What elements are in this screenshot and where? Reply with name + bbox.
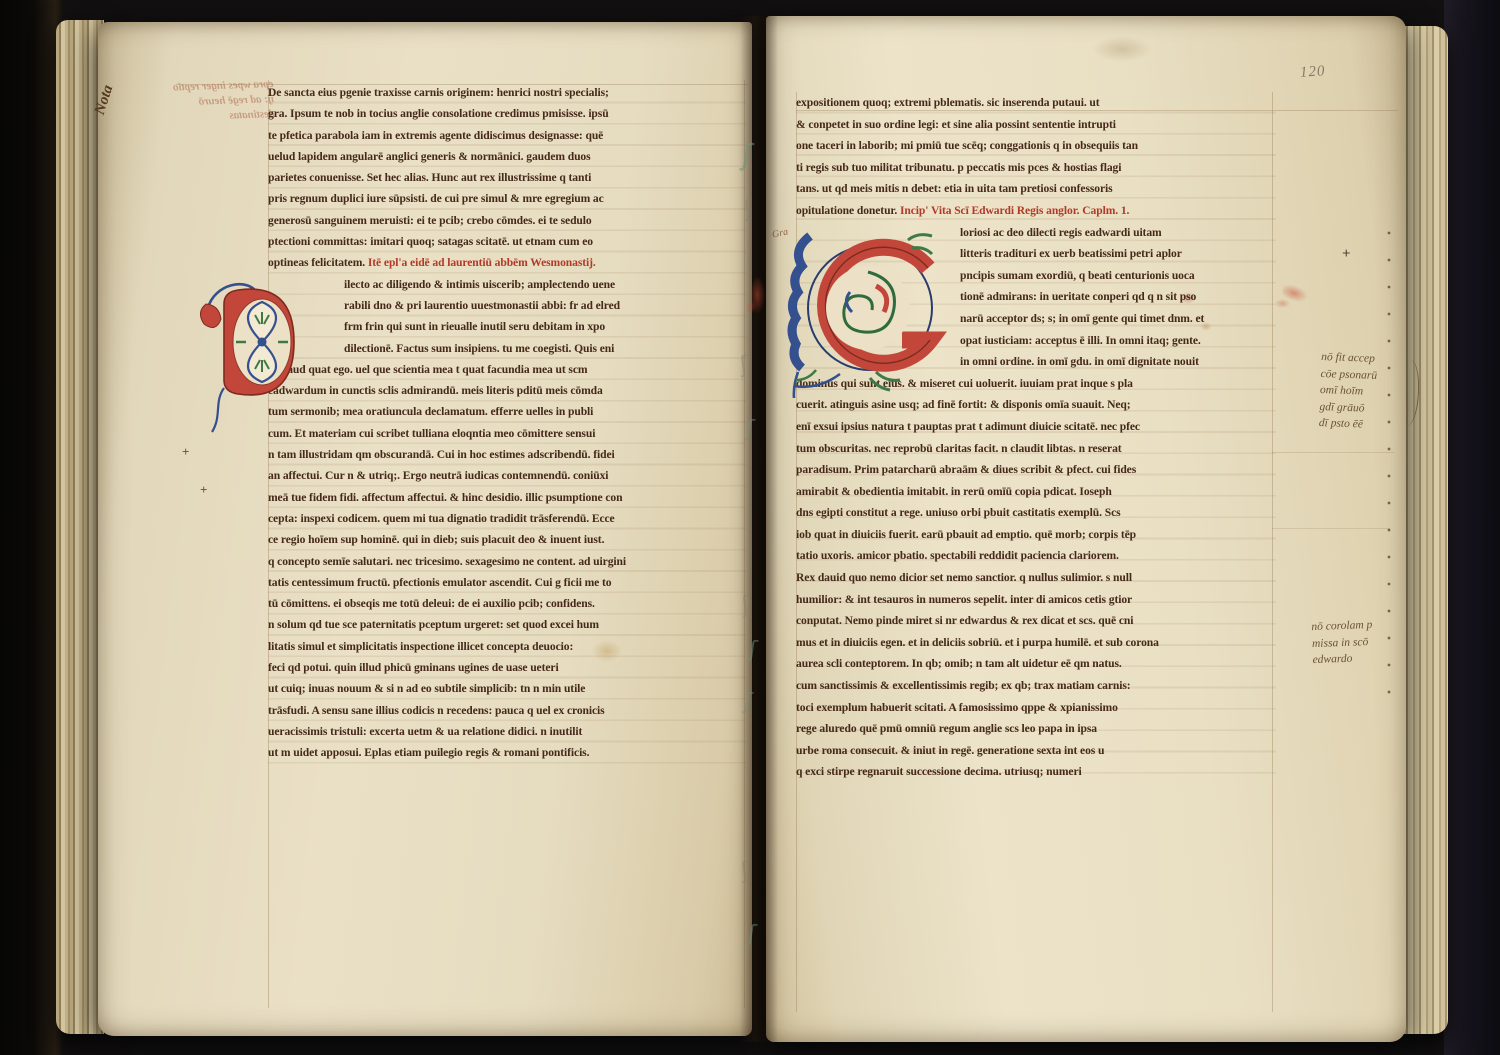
text-run: opitulatione donetur. xyxy=(796,204,900,217)
text-line: rabili dno & pri laurentio uuestmonastii… xyxy=(344,295,746,316)
text-line: rege aluredo quē pmū omniū regum anglie … xyxy=(796,718,1276,740)
margin-note-line: missa in scō xyxy=(1312,633,1373,652)
margin-note-line: edwardo xyxy=(1312,650,1373,669)
text-line: dns egipti constitut a rege. uniuso orbi… xyxy=(796,502,1276,524)
text-line: enī exsui ipsius natura t pauptas prat t… xyxy=(796,416,1276,438)
left-paragraph-2-body: ego aud quat ego. uel que scientia mea t… xyxy=(268,359,746,764)
text-line: opat iusticiam: acceptus ē illi. In omni… xyxy=(960,330,1276,352)
text-line-with-rubric: opitulatione donetur. Incip' Vita Scī Ed… xyxy=(796,200,1276,222)
text-line: urbe roma consecuit. & iniut in regē. ge… xyxy=(796,740,1276,762)
text-line: te pfetica parabola iam in extremis agen… xyxy=(268,125,746,146)
text-line: narū acceptor ds; s; in omī gente qui ti… xyxy=(960,308,1276,330)
text-line: cum. Et materiam cui scribet tulliana el… xyxy=(268,423,746,444)
text-line: ilecto ac diligendo & intimis uiscerib; … xyxy=(344,274,746,295)
left-paragraph-2-indented: ilecto ac diligendo & intimis uiscerib; … xyxy=(268,274,746,359)
text-line: aurea scli conteptorem. In qb; omib; n t… xyxy=(796,653,1276,675)
text-line: ut cuiq; inuas nouum & si n ad eo subtil… xyxy=(268,678,746,699)
page-edges-right xyxy=(1402,26,1448,1034)
margin-note-lower: nō corolam pmissa in scōedwardo xyxy=(1311,617,1374,669)
page-edges-left xyxy=(56,20,104,1034)
text-line: generosū sanguinem meruisti: ei te pcib;… xyxy=(268,210,746,231)
text-line: tum obscuritas. nec reprobū claritas fac… xyxy=(796,438,1276,460)
text-line: feci qd potui. quin illud phicū gminans … xyxy=(268,657,746,678)
text-line: tionē admirans: in ueritate conperi qd q… xyxy=(960,286,1276,308)
text-line: toci exemplum habuerit scitati. A famosi… xyxy=(796,697,1276,719)
text-line-with-rubric: optineas felicitatem. Itē epl'a eidē ad … xyxy=(268,252,746,273)
text-line: ti regis sub tuo militat tribunatu. p pe… xyxy=(796,157,1276,179)
margin-note-line: dī psto ēē xyxy=(1319,415,1376,433)
left-text-block: De sancta eius pgenie traxisse carnis or… xyxy=(268,82,746,764)
text-line: & conpetet in suo ordine legi: et sine a… xyxy=(796,114,1276,136)
ruling-line xyxy=(1272,528,1390,529)
ghost-text: epra wpes inger reptioij: ad regē heurōd… xyxy=(103,77,274,128)
text-line: ego aud quat ego. uel que scientia mea t… xyxy=(268,359,746,380)
ink-smudge xyxy=(1276,299,1290,308)
plus-mark: + xyxy=(1342,246,1351,263)
plus-mark: + xyxy=(200,482,207,498)
text-line: an affectui. Cur n & utriq;. Ergo neutrā… xyxy=(268,465,746,486)
margin-note-line: omī hoīm xyxy=(1320,382,1377,400)
text-line: ueracissimis tristuli: excerta uetm & ua… xyxy=(268,721,746,742)
text-line: cum sanctissimis & excellentissimis regi… xyxy=(796,675,1276,697)
margin-note-line: gdī grāuō xyxy=(1319,399,1376,417)
text-line: expositionem quoq; extremi pblematis. si… xyxy=(796,92,1276,114)
text-line: tum sermonib; mea oratiuncula declamatum… xyxy=(268,401,746,422)
margin-note-line: nō fit accep xyxy=(1321,349,1378,367)
right-paragraph-1: expositionem quoq; extremi pblematis. si… xyxy=(796,92,1276,200)
text-line: trāsfudi. A sensu sane illius codicis n … xyxy=(268,700,746,721)
manuscript-photograph: { "manuscript": { "description": "Mediev… xyxy=(0,0,1500,1055)
text-line: q exci stirpe regnaruit successione deci… xyxy=(796,761,1276,783)
text-line: ut m uidet apposui. Eplas etiam puilegio… xyxy=(268,742,746,763)
text-line: gra. Ipsum te nob in tocius anglie conso… xyxy=(268,103,746,124)
red-ink-splash xyxy=(747,300,756,314)
ruling-line xyxy=(1272,452,1394,453)
text-line: litatis simul et simplicitatis inspectio… xyxy=(268,636,746,657)
text-line: ptectioni committas: imitari quoq; satag… xyxy=(268,231,746,252)
left-paragraph-2: ilecto ac diligendo & intimis uiscerib; … xyxy=(268,274,746,764)
prick-marks xyxy=(1387,230,1392,712)
text-line: pris regnum duplici iure sūpsisti. de cu… xyxy=(268,188,746,209)
margin-note-line: cōe psonarū xyxy=(1320,366,1377,384)
text-line: pncipis sumam exordiū, q beati centurion… xyxy=(960,265,1276,287)
text-line: parietes conuenisse. Set hec alias. Hunc… xyxy=(268,167,746,188)
text-line: conputat. Nemo pinde miret si nr edwardu… xyxy=(796,610,1276,632)
illuminated-initial-G xyxy=(780,222,950,398)
text-line: litteris tradituri ex uerb beatissimi pe… xyxy=(960,243,1276,265)
text-line: tans. ut qd meis mitis n debet: etia in … xyxy=(796,178,1276,200)
book-cover-right xyxy=(1444,0,1500,1055)
text-line: paradisum. Prim patarcharū abraām & diue… xyxy=(796,459,1276,481)
text-line: De sancta eius pgenie traxisse carnis or… xyxy=(268,82,746,103)
plus-mark: + xyxy=(182,444,189,460)
left-paragraph-1: De sancta eius pgenie traxisse carnis or… xyxy=(268,82,746,252)
text-line: tatio uxoris. amicor pbatio. spectabili … xyxy=(796,545,1276,567)
text-line: cepta: inspexi codicem. quem mi tua dign… xyxy=(268,508,746,529)
left-page: epra wpes inger reptioij: ad regē heurōd… xyxy=(98,22,752,1036)
text-line: tū cōmittens. ei obseqis me totū deleui:… xyxy=(268,593,746,614)
right-paragraph-2-body: dominus qui sunt eius. & miseret cui uol… xyxy=(796,373,1276,783)
text-line: loriosi ac deo dilecti regis eadwardi ui… xyxy=(960,222,1276,244)
text-line: amirabit & obedientia imitabit. in rerū … xyxy=(796,481,1276,503)
rubric-text: Incip' Vita Scī Edwardi Regis anglor. Ca… xyxy=(900,204,1129,217)
text-line: q concepto semīe salutari. nec tricesimo… xyxy=(268,551,746,572)
folio-number: 120 xyxy=(1299,63,1326,82)
right-text-block: expositionem quoq; extremi pblematis. si… xyxy=(796,92,1276,783)
text-line: dilectionē. Factus sum insipiens. tu me … xyxy=(344,338,746,359)
text-line: Rex dauid quo nemo dicior set nemo sanct… xyxy=(796,567,1276,589)
text-line: ce regio hoīem sup hominē. qui in dieb; … xyxy=(268,529,746,550)
text-line: tatis centessimum fructū. pfectionis emu… xyxy=(268,572,746,593)
text-line: n tam illustridam qm obscurandā. Cui in … xyxy=(268,444,746,465)
text-line: frm frin qui sunt in rieualle inutil ser… xyxy=(344,316,746,337)
margin-note-upper: nō fit accepcōe psonarūomī hoīmgdī grāuō… xyxy=(1319,349,1378,433)
text-line: humilior: & int tesauros in numeros sepe… xyxy=(796,589,1276,611)
text-line: eadwardum in cunctis sclis admirandū. me… xyxy=(268,380,746,401)
text-line: uelud lapidem angularē anglici generis &… xyxy=(268,146,746,167)
stain xyxy=(1092,36,1152,62)
text-line: mus et in diuiciis egen. et in deliciis … xyxy=(796,632,1276,654)
book-cover-left xyxy=(0,0,62,1055)
margin-note-line: nō corolam p xyxy=(1311,617,1372,636)
text-line: n solum qd tue sce paternitatis pceptum … xyxy=(268,614,746,635)
text-line: meā tue fidem fidi. affectum affectui. &… xyxy=(268,487,746,508)
text-line: one taceri in laborib; mi pmiū tue scēq;… xyxy=(796,135,1276,157)
right-paragraph-2: loriosi ac deo dilecti regis eadwardi ui… xyxy=(796,222,1276,783)
right-page: 120 + Gra nō fit accepcōe psonarūomī hoī… xyxy=(766,16,1406,1042)
illuminated-initial-D xyxy=(194,268,332,438)
text-line: in omni ordine. in omī gdu. in omī digni… xyxy=(960,351,1276,373)
text-line: iob quat in diuiciis fuerit. earū pbauit… xyxy=(796,524,1276,546)
rubric-text: Itē epl'a eidē ad laurentiū abbēm Wesmon… xyxy=(368,256,596,269)
